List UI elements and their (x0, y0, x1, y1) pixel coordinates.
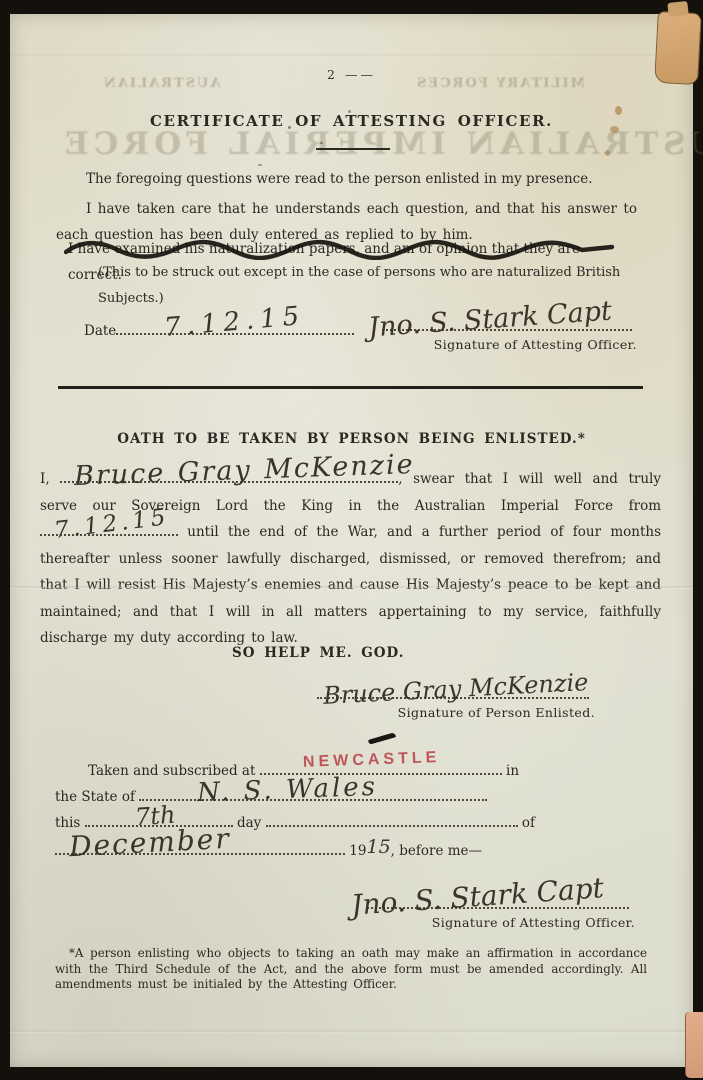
date-row: Date7.12.15 (84, 318, 354, 344)
state-field: N. S. Wales (139, 784, 487, 801)
this-label: this (55, 815, 80, 831)
oath-body: I, Bruce Gray McKenzie, swear that I wil… (40, 466, 661, 652)
attesting-officer-signature-block-2: Jno. S. Stark Capt Signature of Attestin… (360, 892, 635, 930)
month-field: December (55, 838, 345, 855)
enlistee-name-field: Bruce Gray McKenzie (60, 466, 398, 483)
before-me-label: , before me— (391, 843, 482, 859)
oath-lead: I, (40, 471, 50, 487)
handwritten-name: Bruce Gray McKenzie (74, 451, 415, 490)
oath-date-field: 7.12.15 (40, 519, 178, 536)
oath-title: OATH TO BE TAKEN BY PERSON BEING ENLISTE… (10, 426, 693, 452)
oath-segment-2: until the end of the War, and a further … (40, 524, 661, 646)
paper-crease (10, 1030, 693, 1033)
page-number: 2 —— (10, 62, 693, 88)
attestation-line-4: December 1915, before me— (55, 836, 613, 864)
so-help-me-god: SO HELP ME. GOD. (232, 640, 404, 666)
section-divider-rule (58, 386, 643, 389)
printed-year-prefix: 19 (349, 843, 366, 859)
ink-flourish-mark (368, 732, 396, 745)
signature-line: Jno. S. Stark Capt (382, 314, 632, 331)
place-field: NEWCASTLE (260, 758, 502, 775)
title-divider (316, 148, 390, 150)
signature-line: Jno. S. Stark Capt (367, 892, 629, 909)
attestation-block: Taken and subscribed at NEWCASTLE in the… (55, 758, 613, 864)
handwritten-signature-stark-2: Jno. S. Stark Capt (350, 874, 604, 920)
person-enlisted-signature-block: Bruce Gray McKenzie Signature of Person … (310, 682, 595, 720)
date-label: Date (84, 323, 116, 339)
handwritten-year: 15 (366, 836, 390, 858)
state-label: the State of (55, 789, 135, 805)
document-page: AUSTRALIAN MILITARY FORCES AUSTRALIAN IM… (10, 14, 693, 1067)
certificate-paragraph-1: The foregoing questions were read to the… (56, 166, 635, 192)
scanned-enlistment-form: { "page": { "number": "2 ——" }, "ghost":… (0, 0, 703, 1080)
handwritten-month: December (68, 825, 231, 861)
attesting-officer-signature-block-1: Jno. S. Stark Capt Signature of Attestin… (377, 314, 637, 352)
in-label: in (506, 763, 519, 779)
day-label: day (237, 815, 261, 831)
affirmation-footnote: *A person enlisting who objects to takin… (55, 946, 647, 993)
signature-line: Bruce Gray McKenzie (317, 682, 589, 699)
date-field: 7.12.15 (116, 318, 354, 335)
of-label: of (522, 815, 535, 831)
handwritten-state: N. S. Wales (197, 774, 379, 806)
blank-field (266, 810, 518, 827)
paper-crease (10, 54, 693, 57)
certificate-title: CERTIFICATE OF ATTESTING OFFICER. (10, 108, 693, 134)
handwritten-signature-mckenzie: Bruce Gray McKenzie (322, 670, 588, 708)
